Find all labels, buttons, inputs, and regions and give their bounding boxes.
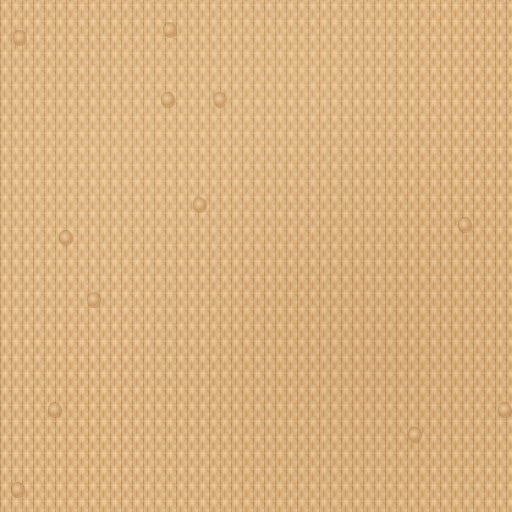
fiber-knot xyxy=(12,483,24,497)
fiber-knot xyxy=(164,23,176,37)
fiber-knot xyxy=(88,293,100,307)
fiber-knot xyxy=(49,403,61,417)
fiber-knot xyxy=(60,231,72,245)
woven-rattan-texture xyxy=(0,0,512,512)
fiber-knot xyxy=(194,198,206,212)
fiber-knot xyxy=(459,218,471,232)
fiber-knot xyxy=(409,428,421,442)
fiber-knot xyxy=(499,403,511,417)
fiber-knot xyxy=(162,93,174,107)
fiber-knot xyxy=(214,93,226,107)
tonal-variation xyxy=(0,0,512,512)
fiber-knot xyxy=(14,31,26,45)
